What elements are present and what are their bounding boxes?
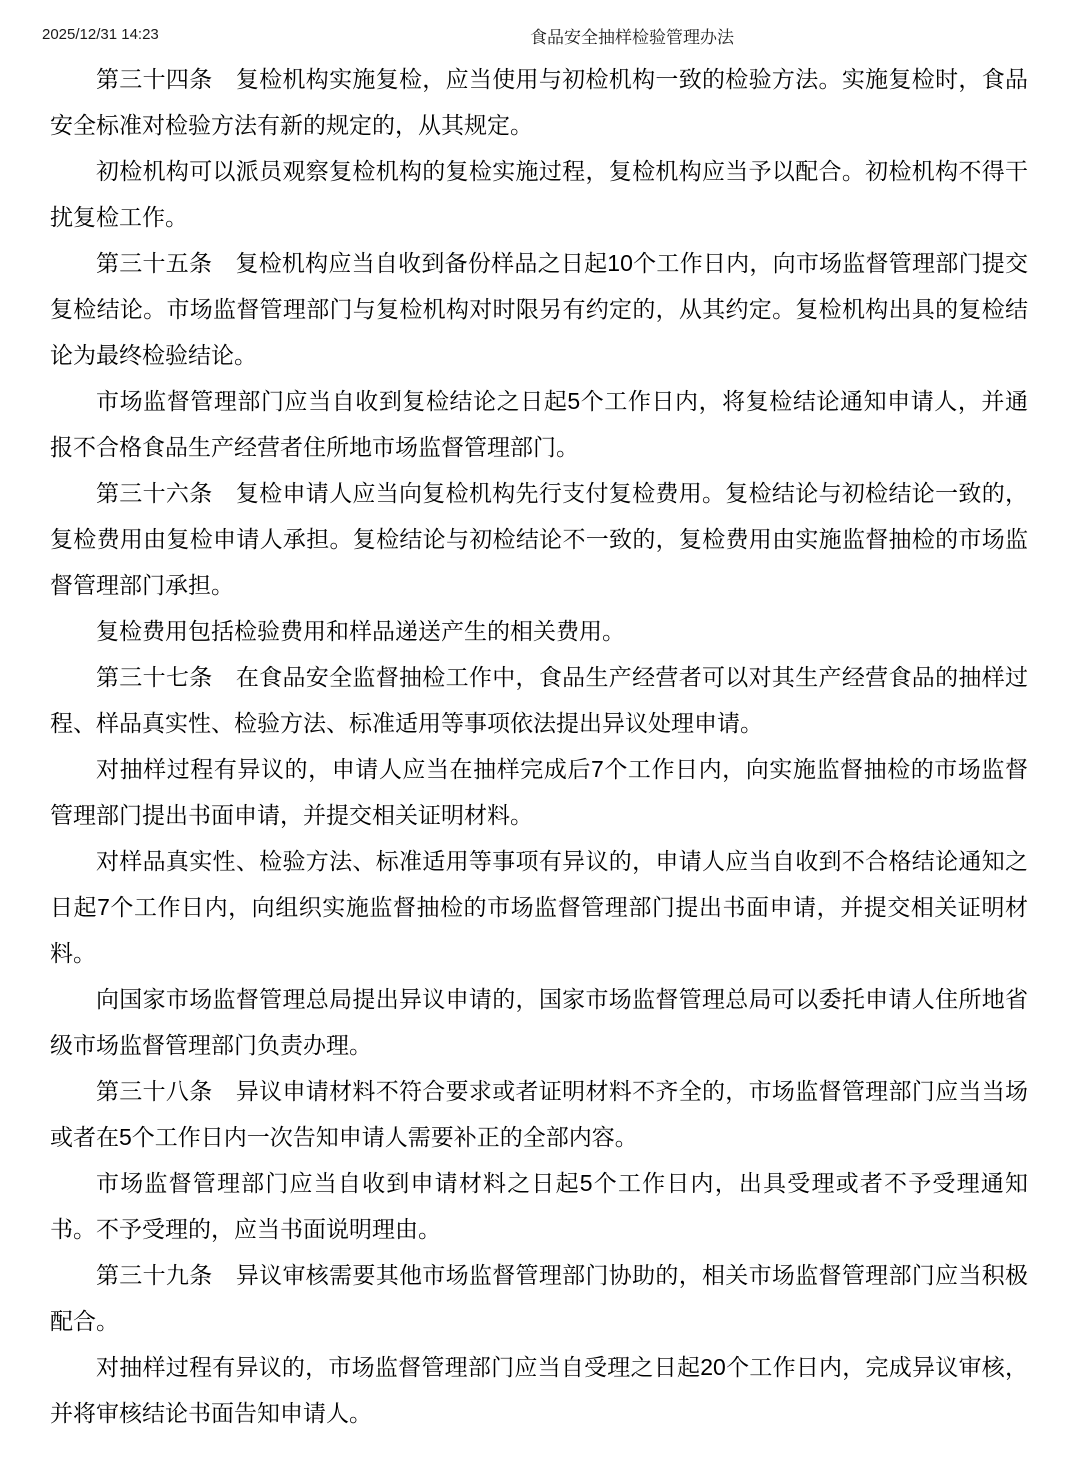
print-datetime: 2025/12/31 14:23: [42, 26, 159, 43]
paragraph: 第三十七条 在食品安全监督抽检工作中，食品生产经营者可以对其生产经营食品的抽样过…: [50, 654, 1028, 746]
paragraph: 第三十八条 异议申请材料不符合要求或者证明材料不齐全的，市场监督管理部门应当当场…: [50, 1068, 1028, 1160]
paragraph: 初检机构可以派员观察复检机构的复检实施过程，复检机构应当予以配合。初检机构不得干…: [50, 148, 1028, 240]
paragraph: 向国家市场监督管理总局提出异议申请的，国家市场监督管理总局可以委托申请人住所地省…: [50, 976, 1028, 1068]
paragraph: 对抽样过程有异议的，市场监督管理部门应当自受理之日起20个工作日内，完成异议审核…: [50, 1344, 1028, 1436]
paragraph: 对抽样过程有异议的，申请人应当在抽样完成后7个工作日内，向实施监督抽检的市场监督…: [50, 746, 1028, 838]
paragraph: 第三十四条 复检机构实施复检，应当使用与初检机构一致的检验方法。实施复检时，食品…: [50, 56, 1028, 148]
paragraph: 对样品真实性、检验方法、标准适用等事项有异议的，申请人应当自收到不合格结论通知之…: [50, 838, 1028, 976]
paragraph: 第三十六条 复检申请人应当向复检机构先行支付复检费用。复检结论与初检结论一致的，…: [50, 470, 1028, 608]
paragraph: 第三十五条 复检机构应当自收到备份样品之日起10个工作日内，向市场监督管理部门提…: [50, 240, 1028, 378]
paragraph: 市场监督管理部门应当自收到申请材料之日起5个工作日内，出具受理或者不予受理通知书…: [50, 1160, 1028, 1252]
paragraph: 市场监督管理部门应当自收到复检结论之日起5个工作日内，将复检结论通知申请人，并通…: [50, 378, 1028, 470]
print-title: 食品安全抽样检验管理办法: [530, 23, 734, 48]
document-page: 第三十四条 复检机构实施复检，应当使用与初检机构一致的检验方法。实施复检时，食品…: [50, 56, 1028, 1436]
paragraph: 第三十九条 异议审核需要其他市场监督管理部门协助的，相关市场监督管理部门应当积极…: [50, 1252, 1028, 1344]
paragraph: 复检费用包括检验费用和样品递送产生的相关费用。: [50, 608, 1028, 654]
